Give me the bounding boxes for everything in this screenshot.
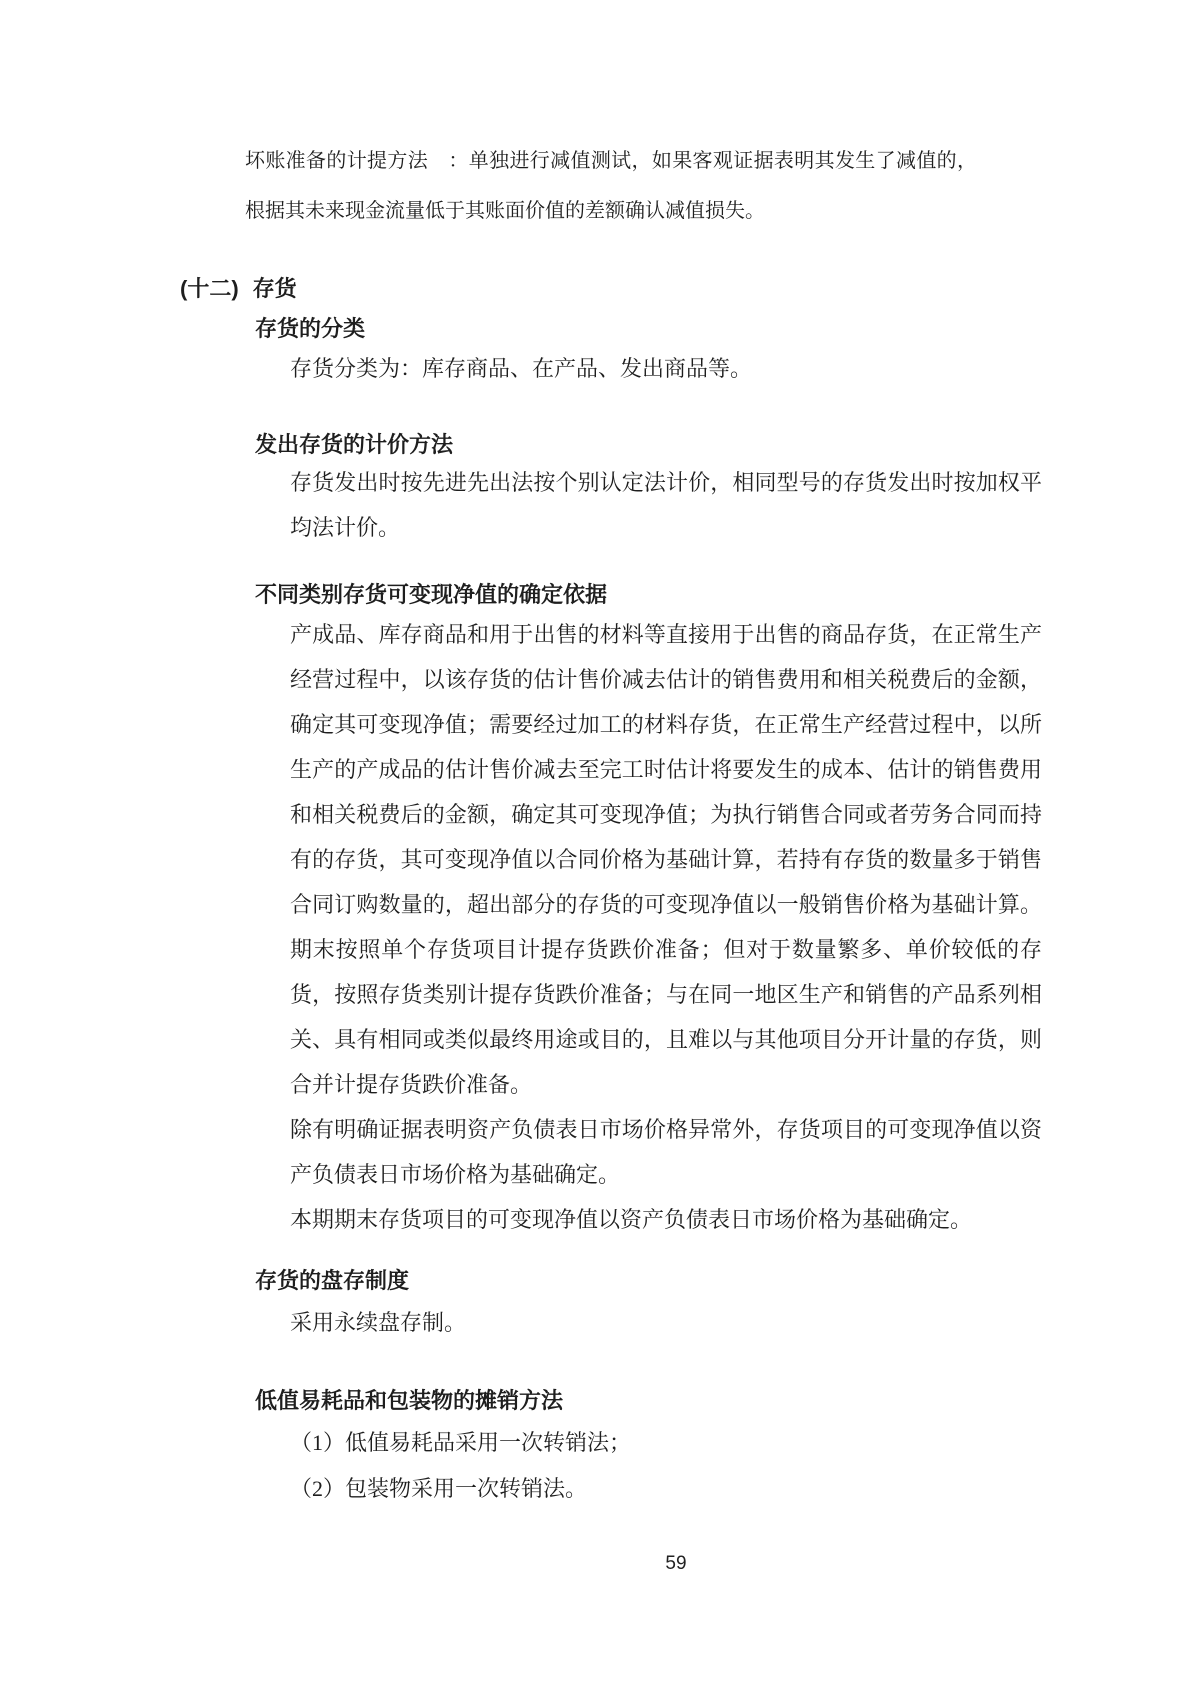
subheading-nrv-determination: 不同类别存货可变现净值的确定依据: [255, 578, 607, 612]
paragraph-perpetual-inventory: 采用永续盘存制。: [290, 1300, 1042, 1345]
document-page: 坏账准备的计提方法 ：单独进行减值测试，如果客观证据表明其发生了减值的，根据其未…: [0, 0, 1200, 1696]
page-number: 59: [665, 1552, 686, 1576]
paragraph-issued-inventory-valuation: 存货发出时按先进先出法按个别认定法计价，相同型号的存货发出时按加权平均法计价。: [290, 460, 1042, 550]
bad-debt-provision-paragraph: 坏账准备的计提方法 ：单独进行减值测试，如果客观证据表明其发生了减值的，根据其未…: [245, 136, 977, 236]
subheading-inventory-count-system: 存货的盘存制度: [255, 1264, 409, 1298]
section-index: (十二): [180, 272, 239, 306]
section-title: 存货: [253, 272, 297, 306]
subheading-issued-inventory-valuation: 发出存货的计价方法: [255, 428, 453, 462]
issued-inventory-valuation-body: 存货发出时按先进先出法按个别认定法计价，相同型号的存货发出时按加权平均法计价。: [290, 460, 1042, 550]
subheading-low-value-consumables-amortization: 低值易耗品和包装物的摊销方法: [255, 1384, 563, 1418]
paragraph-nrv-balance-sheet-date: 除有明确证据表明资产负债表日市场价格异常外，存货项目的可变现净值以资产负债表日市…: [290, 1107, 1042, 1197]
paragraph-nrv-general: 产成品、库存商品和用于出售的材料等直接用于出售的商品存货，在正常生产经营过程中，…: [290, 612, 1042, 1107]
list-item-packaging-method: （2）包装物采用一次转销法。: [290, 1466, 1042, 1512]
inventory-count-system-body: 采用永续盘存制。: [290, 1300, 1042, 1345]
inventory-classification-body: 存货分类为：库存商品、在产品、发出商品等。: [290, 346, 1042, 391]
list-item-consumables-method: （1）低值易耗品采用一次转销法；: [290, 1420, 1042, 1466]
subheading-inventory-classification: 存货的分类: [255, 312, 365, 346]
paragraph-inventory-classification: 存货分类为：库存商品、在产品、发出商品等。: [290, 346, 1042, 391]
nrv-determination-body: 产成品、库存商品和用于出售的材料等直接用于出售的商品存货，在正常生产经营过程中，…: [290, 612, 1042, 1242]
low-value-consumables-body: （1）低值易耗品采用一次转销法； （2）包装物采用一次转销法。: [290, 1420, 1042, 1512]
paragraph-nrv-current-period: 本期期末存货项目的可变现净值以资产负债表日市场价格为基础确定。: [290, 1197, 1042, 1242]
section-heading-inventory: (十二) 存货: [180, 272, 297, 306]
